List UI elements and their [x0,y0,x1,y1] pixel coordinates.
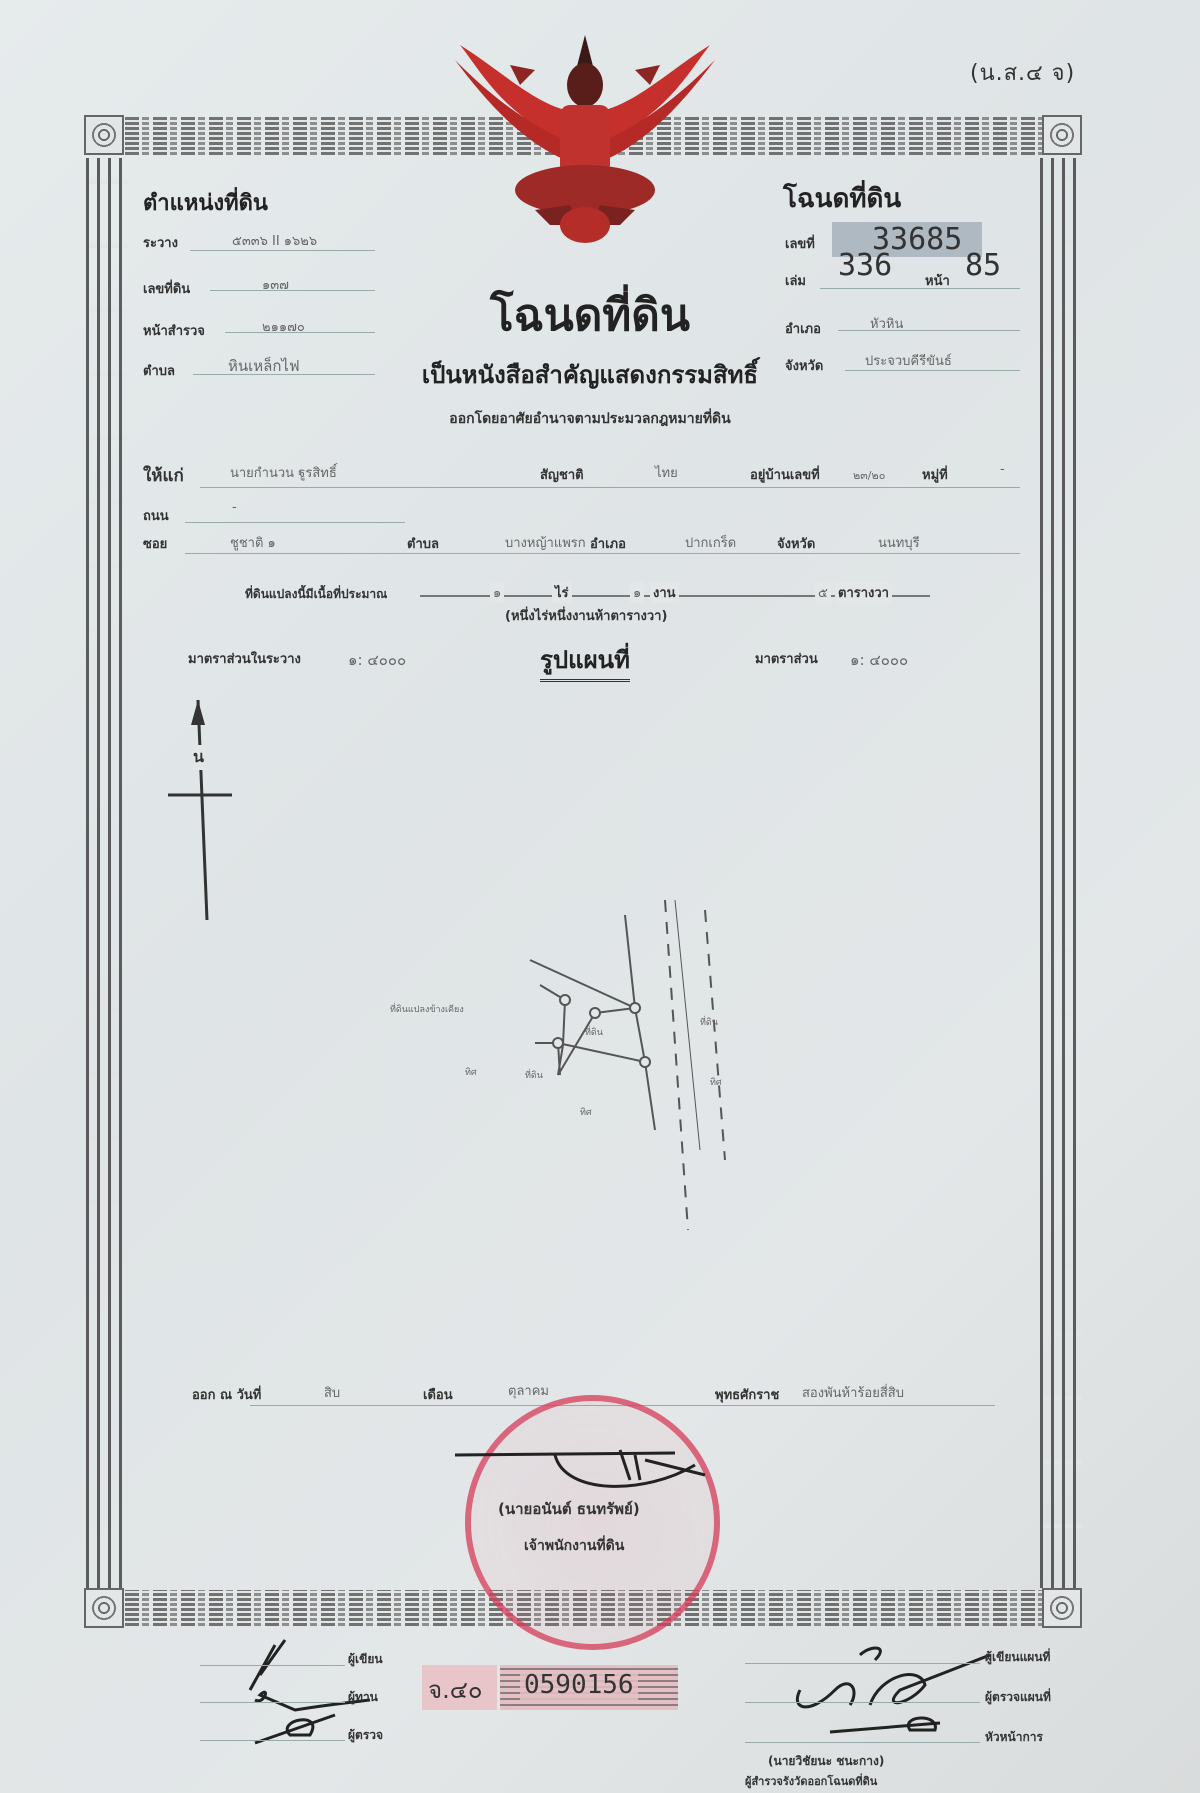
corner-ornament-icon [1042,115,1082,155]
underline [200,487,1020,488]
issue-month: ตุลาคม [508,1380,549,1401]
svg-text:ที่ดิน: ที่ดิน [525,1068,543,1081]
map-writer-role: ผู้เขียนแผนที่ [985,1648,1050,1667]
map-inspector-role: ผู้ตรวจแผนที่ [985,1688,1051,1707]
area-ngan-value: ๑ [630,582,644,603]
underline [820,288,1020,289]
handwritten-signature [760,1635,990,1735]
map-title: รูปแผนที่ [540,640,630,682]
field-label: ตำบล [143,360,175,381]
survey-page-value: ๒๑๑๗๐ [262,316,305,337]
serial-number: 0590156 [520,1670,638,1700]
deed-header: โฉนดที่ดิน [783,178,901,219]
volume-label: เล่ม [785,270,806,291]
surveyor-title: ผู้สำรวจรังวัดออกโฉนดที่ดิน [745,1772,877,1790]
road-label: ถนน [143,505,169,526]
reviewer-role: ผู้ทาน [348,1688,378,1707]
issue-year: สองพันห้าร้อยสี่สิบ [802,1382,904,1403]
parcel-number-value: ๑๓๗ [262,274,289,295]
underline [745,1663,980,1664]
north-arrow-icon [160,695,240,925]
underline [838,330,1020,331]
province-value: นนทบุรี [878,532,920,553]
north-label: น [193,745,204,770]
field-label: ระวาง [143,232,178,253]
district-label: อำเภอ [590,533,626,554]
svg-text:ที่ดิน: ที่ดิน [700,1015,718,1028]
underline [200,1740,345,1741]
moo-value: - [1000,462,1005,477]
corner-ornament-icon [84,115,124,155]
scale-right-value: ๑: ๔๐๐๐ [850,648,908,672]
soi-label: ซอย [143,533,167,554]
surveyor-name: (นายวิชัยนะ ชนะกาง) [768,1752,884,1771]
nationality-value: ไทย [655,462,678,483]
field-label: หน้าสำรวจ [143,320,205,341]
given-to-label: ให้แก่ [143,462,184,489]
deed-number-label: เลขที่ [785,233,815,254]
garuda-emblem-icon [440,30,730,250]
road-value: - [232,500,237,515]
nationality-label: สัญชาติ [540,464,584,485]
area-wa-value: ๕ [815,582,831,603]
issued-at-label: ออก ณ วันที่ [192,1384,261,1405]
address-number: ๒๓/๒๐ [853,466,885,484]
underline [193,374,375,375]
volume-number: 336 [838,248,892,283]
officer-title: เจ้าพนักงานที่ดิน [524,1535,624,1557]
svg-text:ที่ดินแปลงข้างเคียง: ที่ดินแปลงข้างเคียง [390,1002,464,1015]
corner-ornament-icon [1042,1588,1082,1628]
serial-prefix: จ.๔๐ [428,1670,483,1709]
area-rai-value: ๑ [490,582,504,603]
area-in-words: (หนึ่งไร่หนึ่งงานห้าตารางวา) [505,605,667,626]
chief-role: หัวหน้าการ [985,1728,1043,1747]
svg-text:ทิศ: ทิศ [465,1067,477,1078]
document-subtitle: เป็นหนังสือสำคัญแสดงกรรมสิทธิ์ [400,355,780,394]
soi-value: ชูชาติ ๑ [230,532,276,553]
province-value: ประจวบคีรีขันธ์ [865,350,952,371]
subdistrict-value: บางหญ้าแพรก [505,532,586,553]
scale-left-label: มาตราส่วนในระวาง [188,648,301,669]
parcel-map-sketch: ที่ดินแปลงข้างเคียง ทิศ ที่ดิน ที่ดิน ทิ… [370,900,770,1260]
province-label: จังหวัด [785,355,823,376]
official-seal-stamp [465,1395,720,1650]
corner-ornament-icon [84,1588,124,1628]
underline [190,250,375,251]
district-value: ปากเกร็ด [685,532,736,553]
field-label: เลขที่ดิน [143,278,190,299]
underline [200,1665,345,1666]
subdistrict-label: ตำบล [407,533,439,554]
moo-label: หมู่ที่ [922,464,948,485]
address-label: อยู่บ้านเลขที่ [750,464,820,485]
scale-left-value: ๑: ๔๐๐๐ [348,648,406,672]
document-authority: ออกโดยอาศัยอำนาจตามประมวลกฎหมายที่ดิน [395,408,785,430]
official-signature [445,1435,725,1505]
underline [185,553,1020,554]
writer-role: ผู้เขียน [348,1650,383,1669]
document-title: โฉนดที่ดิน [460,280,720,350]
land-location-header: ตำแหน่งที่ดิน [143,185,268,220]
year-label: พุทธศักราช [715,1384,779,1405]
area-label: ที่ดินแปลงนี้มีเนื้อที่ประมาณ [245,585,387,604]
owner-name: นายกำนวน ฐูรสิทธิ์ [230,462,337,483]
underline [745,1742,980,1743]
scale-right-label: มาตราส่วน [755,648,818,669]
underline [185,522,405,523]
district-label: อำเภอ [785,318,821,339]
underline [745,1702,980,1703]
area-rai-unit: ไร่ [552,582,572,603]
underline [200,1702,345,1703]
underline [225,332,375,333]
sheet-value: ๕๓๓๖ II ๑๖๒๖ [232,230,317,251]
issue-day: สิบ [324,1382,340,1403]
border-left-band [86,158,128,1588]
month-label: เดือน [423,1384,453,1405]
area-wa-unit: ตารางวา [835,582,892,603]
border-right-band [1040,158,1082,1588]
area-ngan-unit: งาน [650,582,679,603]
underline [210,290,375,291]
officer-name: (นายอนันต์ ธนทรัพย์) [498,1497,640,1521]
svg-text:ทิศ: ทิศ [710,1077,722,1088]
inspector-role: ผู้ตรวจ [348,1726,383,1745]
page-number: 85 [965,248,1001,283]
svg-text:ทิศ: ทิศ [580,1107,592,1118]
underline [845,370,1020,371]
province-label: จังหวัด [777,533,815,554]
form-code: (น.ส.๔ จ) [970,55,1075,90]
